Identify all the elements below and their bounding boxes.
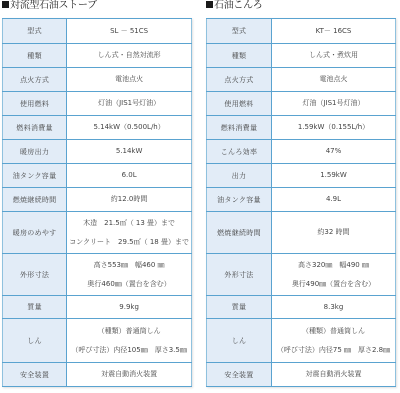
spec-row: 暖房のめやす木造 21.5㎡（ 13 畳）までコンクリート 29.5㎡（ 18 … — [3, 212, 192, 254]
spec-label: 使用燃料 — [207, 92, 272, 116]
spec-value: 灯油（JIS1号灯油） — [272, 92, 396, 116]
spec-label: 安全装置 — [207, 363, 272, 387]
spec-label: 外形寸法 — [207, 254, 272, 296]
spec-value-line: 高さ320㎜ 幅490 ㎜ — [274, 256, 393, 275]
spec-label: 出力 — [207, 164, 272, 188]
spec-label: こんろ効率 — [207, 140, 272, 164]
spec-row: 使用燃料灯油（JIS1号灯油） — [3, 92, 192, 116]
spec-label: 点火方式 — [3, 68, 67, 92]
spec-value: 1.59kW（0.155L/h） — [272, 116, 396, 140]
spec-value-line: 奥行490㎜（置台を含む） — [274, 275, 393, 294]
spec-value: 8.3kg — [272, 296, 396, 319]
spec-row: 安全装置対震自動消火装置 — [207, 363, 396, 387]
spec-label: 質量 — [207, 296, 272, 319]
spec-row: 種類しん式・自然対流形 — [3, 44, 192, 68]
spec-label: 暖房のめやす — [3, 212, 67, 254]
spec-value: 4.9L — [272, 188, 396, 212]
spec-value-line: 対震自動消火装置 — [274, 365, 393, 384]
spec-value: 1.59kW — [272, 164, 396, 188]
spec-value-line: しん式・自然対流形 — [69, 46, 189, 65]
stove-spec-section: 対流型石油ストーブ 型式SL － 51CS種類しん式・自然対流形点火方式電池点火… — [2, 0, 194, 13]
spec-value: 5.14kW（0.500L/h） — [67, 116, 192, 140]
spec-value: 電池点火 — [272, 68, 396, 92]
cooker-spec-table: 型式KT－ 16CS種類しん式・煮炊用点火方式電池点火使用燃料灯油（JIS1号灯… — [206, 18, 396, 387]
spec-value: 電池点火 — [67, 68, 192, 92]
spec-row: 安全装置対震自動消火装置 — [3, 363, 192, 387]
spec-value-line: 5.14kW（0.500L/h） — [69, 118, 189, 137]
spec-row: 燃料消費量5.14kW（0.500L/h） — [3, 116, 192, 140]
spec-value: 木造 21.5㎡（ 13 畳）までコンクリート 29.5㎡（ 18 畳）まで — [67, 212, 192, 254]
spec-label: 燃料消費量 — [3, 116, 67, 140]
spec-label: 燃焼継続時間 — [207, 212, 272, 254]
spec-value-line: 約12.0時間 — [69, 190, 189, 209]
spec-label: 種類 — [207, 44, 272, 68]
spec-label: 油タンク容量 — [207, 188, 272, 212]
spec-row: 外形寸法高さ553㎜ 幅460 ㎜奥行460㎜（置台を含む） — [3, 254, 192, 296]
spec-value-line: 約32 時間 — [274, 223, 393, 242]
spec-value-line: 高さ553㎜ 幅460 ㎜ — [69, 256, 189, 275]
spec-row: 出力1.59kW — [207, 164, 396, 188]
spec-value: 9.9kg — [67, 296, 192, 319]
spec-label: しん — [3, 319, 67, 363]
spec-value: SL － 51CS — [67, 19, 192, 44]
square-bullet-icon — [2, 1, 9, 8]
spec-value: 5.14kW — [67, 140, 192, 164]
spec-row: 点火方式電池点火 — [3, 68, 192, 92]
spec-row: 質量9.9kg — [3, 296, 192, 319]
spec-row: しん（種類）普通筒しん（呼び寸法）内径105㎜ 厚さ3.5㎜ — [3, 319, 192, 363]
section-title-text: 対流型石油ストーブ — [10, 0, 97, 11]
spec-row: 型式KT－ 16CS — [207, 19, 396, 44]
spec-value-line: コンクリート 29.5㎡（ 18 畳）まで — [69, 233, 189, 252]
spec-value-line: 灯油（JIS1号灯油） — [69, 94, 189, 113]
spec-value: 灯油（JIS1号灯油） — [67, 92, 192, 116]
spec-value-line: SL － 51CS — [69, 22, 189, 41]
spec-row: 外形寸法高さ320㎜ 幅490 ㎜奥行490㎜（置台を含む） — [207, 254, 396, 296]
spec-value-line: 木造 21.5㎡（ 13 畳）まで — [69, 214, 189, 233]
spec-value: （種類）普通筒しん（呼び寸法）内径105㎜ 厚さ3.5㎜ — [67, 319, 192, 363]
spec-value-line: 奥行460㎜（置台を含む） — [69, 275, 189, 294]
spec-value: 対震自動消火装置 — [272, 363, 396, 387]
spec-label: 安全装置 — [3, 363, 67, 387]
spec-value-line: しん式・煮炊用 — [274, 46, 393, 65]
section-title-text: 石油こんろ — [214, 0, 263, 11]
spec-value-line: 1.59kW — [274, 166, 393, 185]
spec-label: 型式 — [3, 19, 67, 44]
spec-value-line: 6.0L — [69, 166, 189, 185]
spec-value: KT－ 16CS — [272, 19, 396, 44]
spec-value: 高さ320㎜ 幅490 ㎜奥行490㎜（置台を含む） — [272, 254, 396, 296]
spec-value: 約32 時間 — [272, 212, 396, 254]
section-title: 対流型石油ストーブ — [2, 0, 194, 13]
spec-value: 高さ553㎜ 幅460 ㎜奥行460㎜（置台を含む） — [67, 254, 192, 296]
spec-value-line: 8.3kg — [274, 298, 393, 317]
spec-row: 点火方式電池点火 — [207, 68, 396, 92]
spec-label: 点火方式 — [207, 68, 272, 92]
spec-value-line: 灯油（JIS1号灯油） — [274, 94, 393, 113]
spec-value-line: （呼び寸法）内径75 ㎜ 厚さ2.8㎜ — [274, 341, 393, 360]
stove-spec-table: 型式SL － 51CS種類しん式・自然対流形点火方式電池点火使用燃料灯油（JIS… — [2, 18, 192, 387]
spec-value: しん式・自然対流形 — [67, 44, 192, 68]
spec-row: 燃焼継続時間約32 時間 — [207, 212, 396, 254]
spec-row: しん（種類）普通筒しん（呼び寸法）内径75 ㎜ 厚さ2.8㎜ — [207, 319, 396, 363]
spec-value: 対震自動消火装置 — [67, 363, 192, 387]
spec-value-line: 電池点火 — [69, 70, 189, 89]
spec-row: 暖房出力5.14kW — [3, 140, 192, 164]
spec-value: （種類）普通筒しん（呼び寸法）内径75 ㎜ 厚さ2.8㎜ — [272, 319, 396, 363]
spec-value-line: 9.9kg — [69, 298, 189, 317]
spec-row: 燃焼継続時間約12.0時間 — [3, 188, 192, 212]
spec-row: 型式SL － 51CS — [3, 19, 192, 44]
spec-value-line: 4.9L — [274, 190, 393, 209]
spec-value-line: （種類）普通筒しん — [274, 322, 393, 341]
spec-label: 燃焼継続時間 — [3, 188, 67, 212]
spec-value-line: 5.14kW — [69, 142, 189, 161]
spec-value: しん式・煮炊用 — [272, 44, 396, 68]
spec-label: 使用燃料 — [3, 92, 67, 116]
spec-value-line: （呼び寸法）内径105㎜ 厚さ3.5㎜ — [69, 341, 189, 360]
square-bullet-icon — [206, 1, 213, 8]
spec-label: 燃料消費量 — [207, 116, 272, 140]
spec-label: 質量 — [3, 296, 67, 319]
spec-value-line: KT－ 16CS — [274, 22, 393, 41]
spec-label: 暖房出力 — [3, 140, 67, 164]
spec-row: こんろ効率47% — [207, 140, 396, 164]
spec-value: 約12.0時間 — [67, 188, 192, 212]
spec-value: 6.0L — [67, 164, 192, 188]
spec-value: 47% — [272, 140, 396, 164]
spec-value-line: 1.59kW（0.155L/h） — [274, 118, 393, 137]
spec-value-line: 対震自動消火装置 — [69, 365, 189, 384]
spec-row: 質量8.3kg — [207, 296, 396, 319]
spec-value-line: 電池点火 — [274, 70, 393, 89]
spec-row: 油タンク容量6.0L — [3, 164, 192, 188]
spec-value-line: （種類）普通筒しん — [69, 322, 189, 341]
spec-row: 燃料消費量1.59kW（0.155L/h） — [207, 116, 396, 140]
spec-label: しん — [207, 319, 272, 363]
spec-row: 種類しん式・煮炊用 — [207, 44, 396, 68]
spec-value-line: 47% — [274, 142, 393, 161]
spec-label: 外形寸法 — [3, 254, 67, 296]
spec-label: 油タンク容量 — [3, 164, 67, 188]
spec-row: 使用燃料灯油（JIS1号灯油） — [207, 92, 396, 116]
section-title: 石油こんろ — [206, 0, 398, 13]
spec-row: 油タンク容量4.9L — [207, 188, 396, 212]
stove-cooker-spec-section: 石油こんろ 型式KT－ 16CS種類しん式・煮炊用点火方式電池点火使用燃料灯油（… — [206, 0, 398, 13]
spec-label: 種類 — [3, 44, 67, 68]
spec-label: 型式 — [207, 19, 272, 44]
